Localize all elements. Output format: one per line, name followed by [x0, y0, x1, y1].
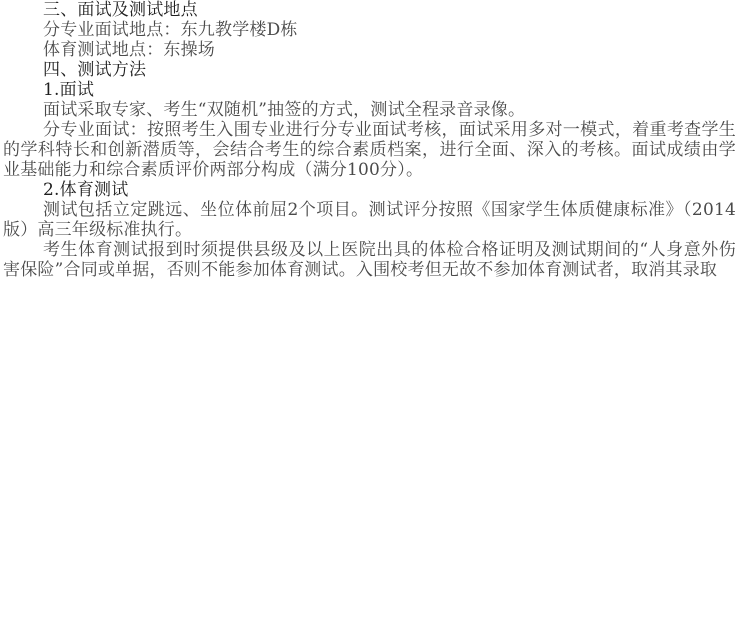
- sports-test-items-paragraph: 测试包括立定跳远、坐位体前屈2个项目。测试评分按照《国家学生体质健康标准》（20…: [3, 200, 736, 240]
- locations-section-heading: 三、面试及测试地点: [3, 0, 736, 20]
- sports-test-requirements-paragraph: 考生体育测试报到时须提供县级及以上医院出具的体检合格证明及测试期间的“人身意外伤…: [3, 240, 736, 280]
- interview-procedure-paragraph: 面试采取专家、考生“双随机”抽签的方式，测试全程录音录像。: [3, 100, 736, 120]
- interview-subheading: 1.面试: [3, 80, 736, 100]
- sports-test-subheading: 2.体育测试: [3, 180, 736, 200]
- interview-location-line: 分专业面试地点：东九教学楼D栋: [3, 20, 736, 40]
- methods-section-heading: 四、测试方法: [3, 60, 736, 80]
- sports-test-location-line: 体育测试地点：东操场: [3, 40, 736, 60]
- interview-detail-paragraph: 分专业面试：按照考生入围专业进行分专业面试考核，面试采用多对一模式，着重考查学生…: [3, 120, 736, 180]
- document-body: 三、面试及测试地点 分专业面试地点：东九教学楼D栋 体育测试地点：东操场 四、测…: [0, 0, 740, 634]
